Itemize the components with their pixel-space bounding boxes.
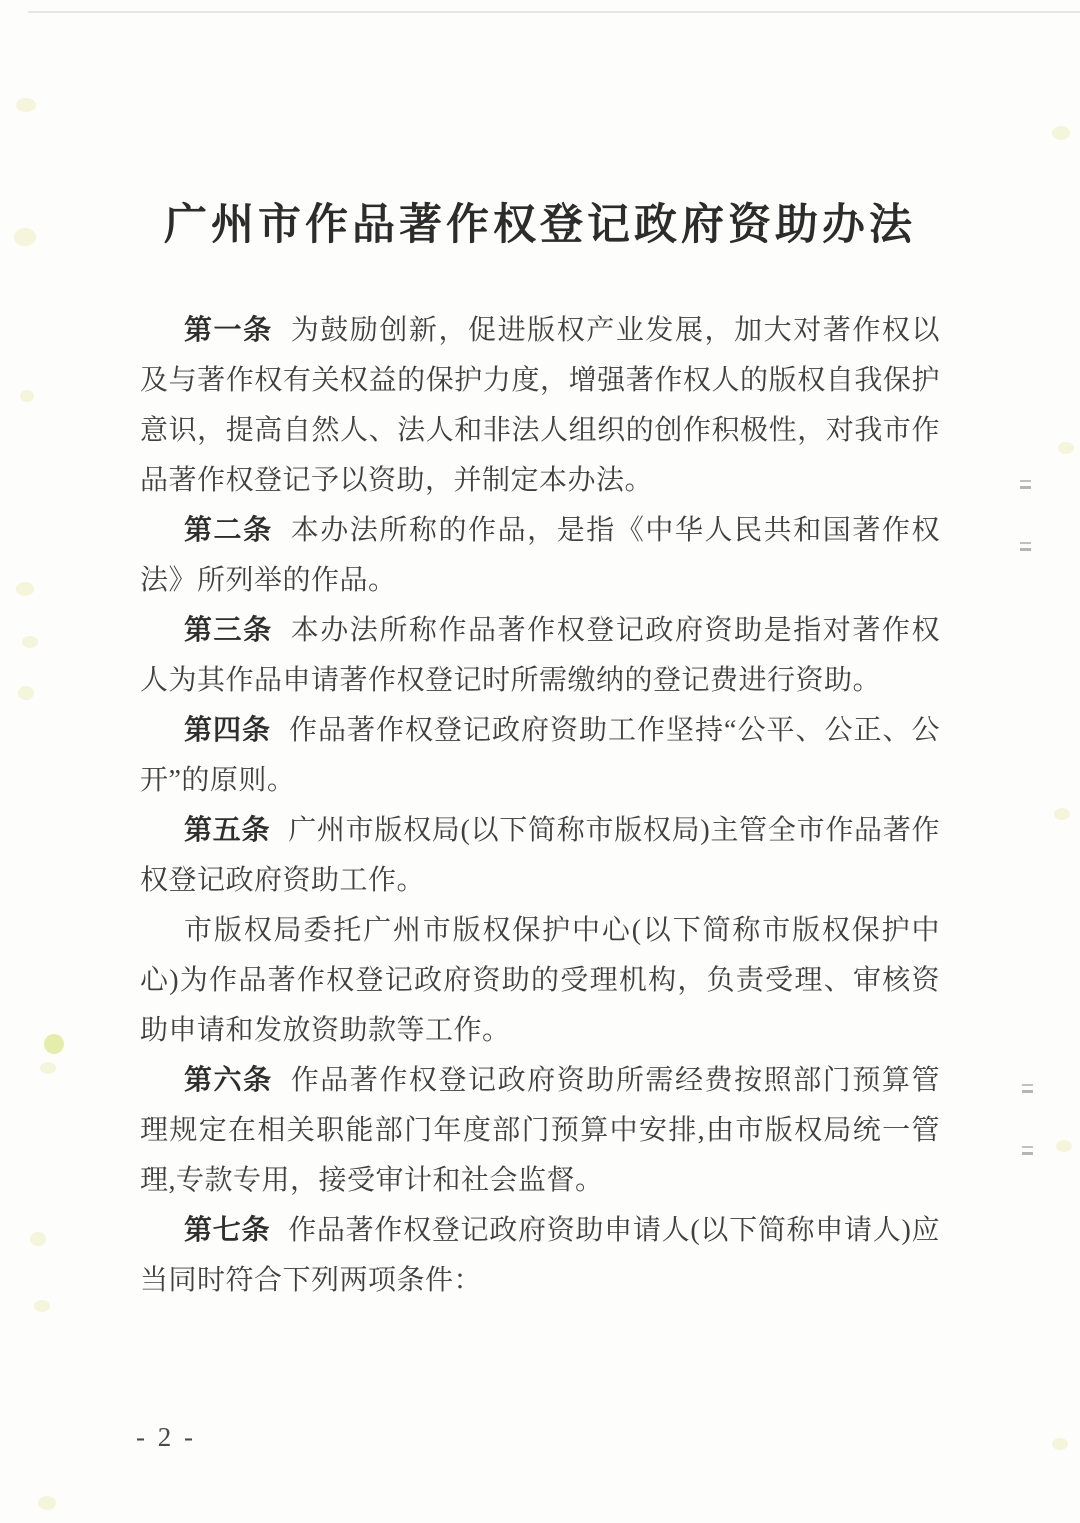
scan-artifact [16, 98, 36, 112]
document-content: 广州市作品著作权登记政府资助办法 第一条为鼓励创新，促进版权产业发展，加大对著作… [140, 0, 940, 1306]
article-number-label: 第七条 [184, 1215, 270, 1246]
scan-artifact [14, 228, 36, 246]
article-number-label: 第三条 [184, 615, 273, 646]
page-number: - 2 - [136, 1422, 196, 1453]
scan-bleed-mark [1022, 1084, 1033, 1093]
article-number-label: 第六条 [184, 1065, 273, 1096]
scan-artifact [44, 1034, 64, 1054]
scan-artifact [40, 1062, 56, 1074]
article-paragraph: 第七条作品著作权登记政府资助申请人(以下简称申请人)应当同时符合下列两项条件： [140, 1206, 940, 1306]
article-number-label: 第一条 [184, 315, 273, 346]
scan-bleed-mark [1020, 542, 1031, 551]
scan-artifact [34, 1300, 50, 1312]
document-body: 第一条为鼓励创新，促进版权产业发展，加大对著作权以及与著作权有关权益的保护力度，… [140, 306, 940, 1306]
article-paragraph: 第六条作品著作权登记政府资助所需经费按照部门预算管理规定在相关职能部门年度部门预… [140, 1056, 940, 1206]
scan-bleed-mark [1020, 480, 1031, 489]
scan-artifact [1052, 1438, 1068, 1450]
scan-artifact [1056, 1140, 1072, 1152]
article-paragraph: 第一条为鼓励创新，促进版权产业发展，加大对著作权以及与著作权有关权益的保护力度，… [140, 306, 940, 506]
article-paragraph: 第四条作品著作权登记政府资助工作坚持“公平、公正、公开”的原则。 [140, 706, 940, 806]
article-number-label: 第四条 [184, 715, 271, 746]
scanned-document-page: 广州市作品著作权登记政府资助办法 第一条为鼓励创新，促进版权产业发展，加大对著作… [0, 0, 1080, 1523]
scan-artifact [20, 390, 34, 402]
article-paragraph: 市版权局委托广州市版权保护中心(以下简称市版权保护中心)为作品著作权登记政府资助… [140, 906, 940, 1056]
document-title: 广州市作品著作权登记政府资助办法 [140, 200, 940, 252]
scan-artifact [1058, 442, 1074, 454]
article-number-label: 第二条 [184, 515, 273, 546]
scan-artifact [30, 1232, 46, 1246]
scan-artifact [1054, 808, 1070, 820]
article-paragraph: 第三条本办法所称作品著作权登记政府资助是指对著作权人为其作品申请著作权登记时所需… [140, 606, 940, 706]
scan-artifact [1052, 126, 1070, 140]
article-text: 市版权局委托广州市版权保护中心(以下简称市版权保护中心)为作品著作权登记政府资助… [140, 915, 940, 1046]
scan-artifact [22, 636, 38, 648]
scan-artifact [18, 686, 34, 700]
scan-artifact [38, 1496, 56, 1510]
scan-artifact [16, 582, 34, 596]
article-paragraph: 第二条本办法所称的作品，是指《中华人民共和国著作权法》所列举的作品。 [140, 506, 940, 606]
article-paragraph: 第五条广州市版权局(以下简称市版权局)主管全市作品著作权登记政府资助工作。 [140, 806, 940, 906]
article-number-label: 第五条 [184, 815, 270, 846]
scan-bleed-mark [1022, 1146, 1033, 1155]
